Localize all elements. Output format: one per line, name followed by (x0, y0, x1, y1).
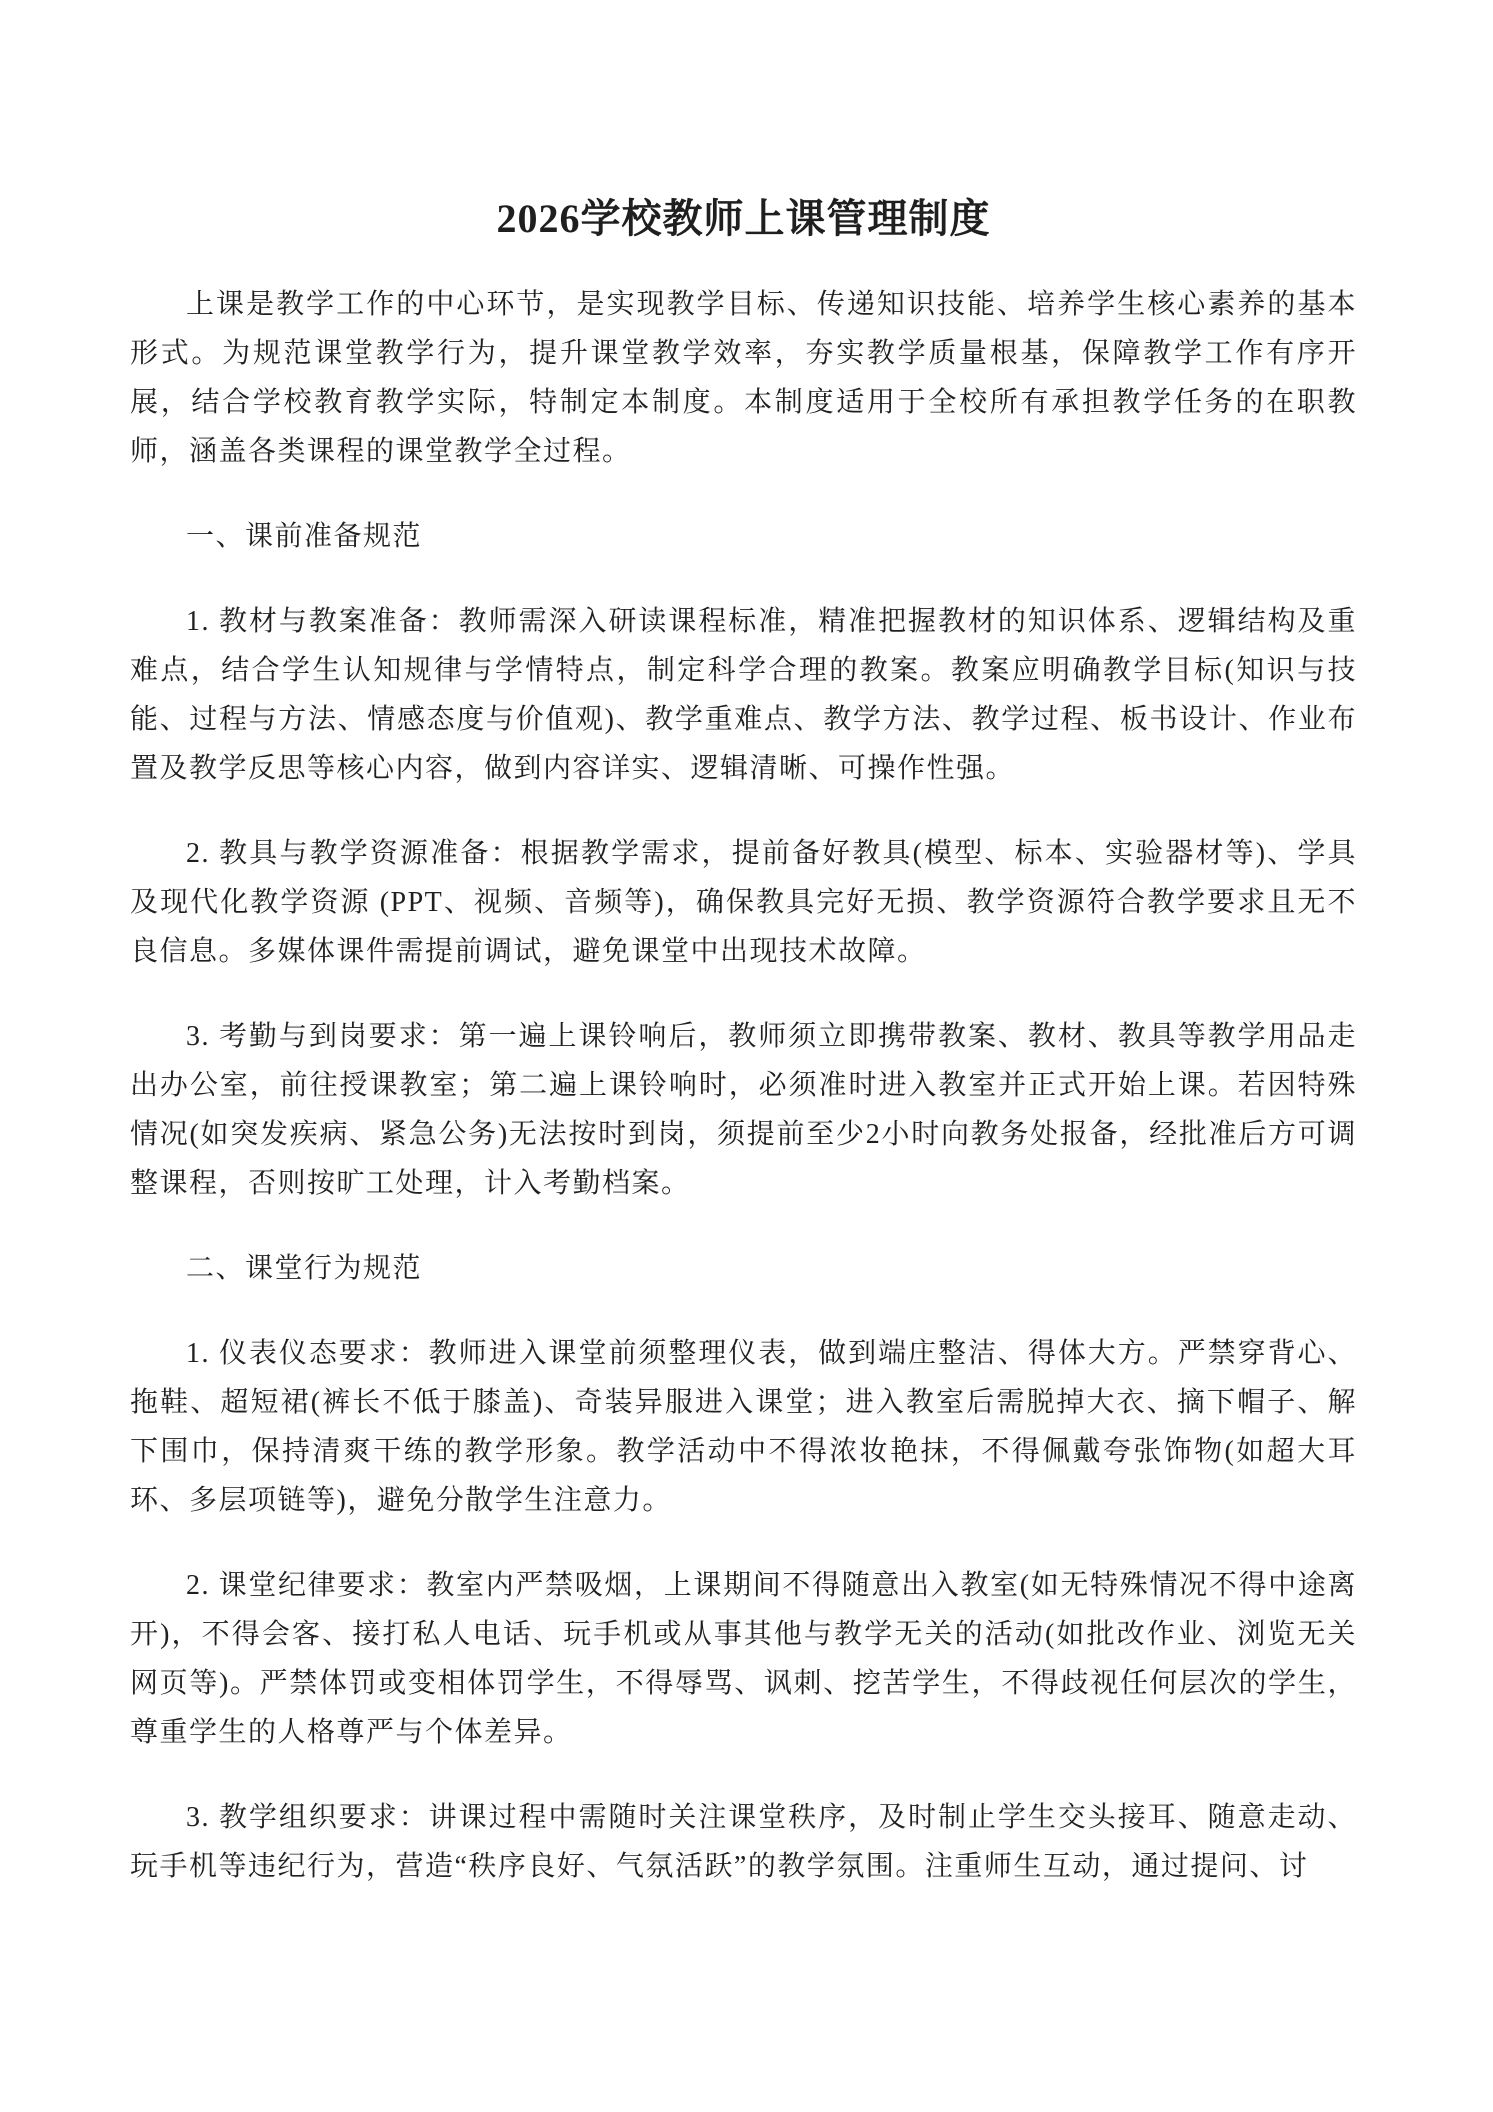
section1-item3-paragraph: 3. 考勤与到岗要求：第一遍上课铃响后，教师须立即携带教案、教材、教具等教学用品… (130, 1012, 1357, 1208)
section1-item1-paragraph: 1. 教材与教案准备：教师需深入研读课程标准，精准把握教材的知识体系、逻辑结构及… (130, 597, 1357, 793)
section2-item3-paragraph: 3. 教学组织要求：讲课过程中需随时关注课堂秩序，及时制止学生交头接耳、随意走动… (130, 1793, 1357, 1891)
document-title: 2026学校教师上课管理制度 (130, 190, 1357, 248)
section-heading-1: 一、课前准备规范 (130, 512, 1357, 561)
section-heading-2: 二、课堂行为规范 (130, 1244, 1357, 1293)
document-page: 2026学校教师上课管理制度 上课是教学工作的中心环节，是实现教学目标、传递知识… (0, 0, 1493, 2112)
section1-item2-paragraph: 2. 教具与教学资源准备：根据教学需求，提前备好教具(模型、标本、实验器材等)、… (130, 829, 1357, 976)
intro-paragraph: 上课是教学工作的中心环节，是实现教学目标、传递知识技能、培养学生核心素养的基本形… (130, 280, 1357, 476)
section2-item1-paragraph: 1. 仪表仪态要求：教师进入课堂前须整理仪表，做到端庄整洁、得体大方。严禁穿背心… (130, 1329, 1357, 1525)
section2-item2-paragraph: 2. 课堂纪律要求：教室内严禁吸烟，上课期间不得随意出入教室(如无特殊情况不得中… (130, 1561, 1357, 1757)
